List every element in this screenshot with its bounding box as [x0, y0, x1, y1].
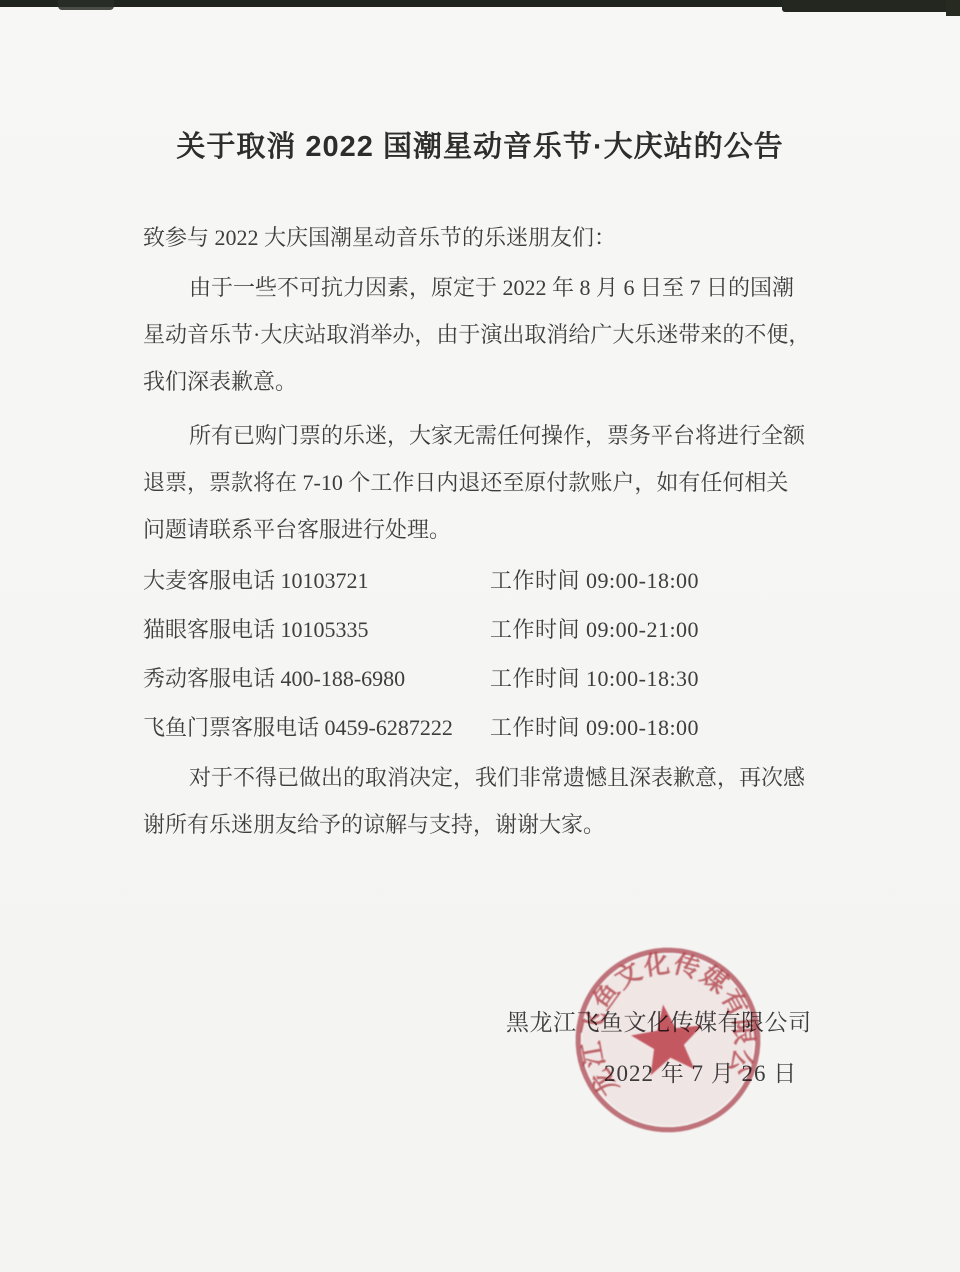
contact-service: 大麦客服电话 10103721 [143, 556, 369, 605]
paragraph-line: 对于不得已做出的取消决定，我们非常遗憾且深表歉意，再次感 [143, 754, 823, 801]
paragraph-line: 退票，票款将在 7-10 个工作日内退还至原付款账户，如有任何相关 [143, 459, 823, 506]
scan-artifact-top-right [782, 0, 960, 12]
company-seal: 黑龙江飞鱼文化传媒有限公司 [558, 930, 777, 1149]
paragraph-line: 谢所有乐迷朋友给予的谅解与支持，谢谢大家。 [143, 801, 823, 848]
contact-row-maoyan: 猫眼客服电话 10105335 工作时间 09:00-21:00 [143, 605, 823, 654]
paragraph-line: 我们深表歉意。 [143, 358, 823, 405]
scan-artifact-top-corner [946, 0, 960, 16]
scan-artifact-top-notch [58, 0, 114, 10]
salutation-line: 致参与 2022 大庆国潮星动音乐节的乐迷朋友们： [143, 214, 616, 261]
contact-hours: 工作时间 09:00-18:00 [490, 556, 699, 605]
scanned-announcement-page: 关于取消 2022 国潮星动音乐节·大庆站的公告 致参与 2022 大庆国潮星动… [0, 0, 960, 1272]
contact-row-xiudong: 秀动客服电话 400-188-6980 工作时间 10:00-18:30 [143, 654, 823, 703]
contact-service: 飞鱼门票客服电话 0459-6287222 [143, 703, 453, 752]
contact-row-feiyu: 飞鱼门票客服电话 0459-6287222 工作时间 09:00-18:00 [143, 703, 823, 752]
paragraph-cancellation: 由于一些不可抗力因素，原定于 2022 年 8 月 6 日至 7 日的国潮 星动… [143, 264, 823, 405]
contact-service: 秀动客服电话 400-188-6980 [143, 654, 405, 703]
contact-hours: 工作时间 09:00-21:00 [490, 605, 699, 654]
paragraph-closing: 对于不得已做出的取消决定，我们非常遗憾且深表歉意，再次感 谢所有乐迷朋友给予的谅… [143, 754, 823, 848]
page-title: 关于取消 2022 国潮星动音乐节·大庆站的公告 [20, 124, 940, 165]
contact-row-damai: 大麦客服电话 10103721 工作时间 09:00-18:00 [143, 556, 823, 605]
contact-hours: 工作时间 09:00-18:00 [490, 703, 699, 752]
customer-service-list: 大麦客服电话 10103721 工作时间 09:00-18:00 猫眼客服电话 … [143, 556, 823, 752]
paragraph-refund: 所有已购门票的乐迷，大家无需任何操作，票务平台将进行全额 退票，票款将在 7-1… [143, 412, 823, 553]
paragraph-line: 星动音乐节·大庆站取消举办，由于演出取消给广大乐迷带来的不便， [143, 311, 823, 358]
paragraph-line: 所有已购门票的乐迷，大家无需任何操作，票务平台将进行全额 [143, 412, 823, 459]
contact-service: 猫眼客服电话 10105335 [143, 605, 369, 654]
contact-hours: 工作时间 10:00-18:30 [490, 654, 699, 703]
paragraph-line: 问题请联系平台客服进行处理。 [143, 506, 823, 553]
paragraph-line: 由于一些不可抗力因素，原定于 2022 年 8 月 6 日至 7 日的国潮 [143, 264, 823, 311]
